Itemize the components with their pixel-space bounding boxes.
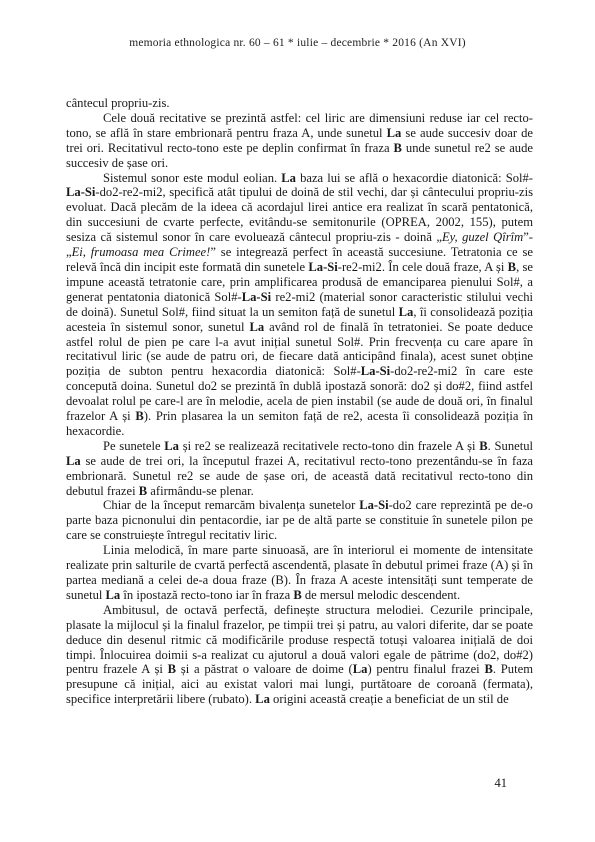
text-segment: La-Si — [242, 290, 271, 304]
document-page: memoria ethnologica nr. 60 – 61 * iulie … — [0, 0, 595, 842]
text-segment: La — [164, 439, 179, 453]
text-segment: La — [106, 588, 121, 602]
text-segment: . Sunetul — [488, 439, 533, 453]
text-segment: Ey, guzel Qîrîm — [442, 230, 523, 244]
text-segment: Pe sunetele — [103, 439, 164, 453]
text-segment: La-Si — [66, 185, 95, 199]
text-segment: B — [479, 439, 487, 453]
text-segment: Chiar de la început remarcăm bivalența s… — [103, 498, 359, 512]
text-segment: La — [255, 692, 270, 706]
text-segment: La — [281, 171, 296, 185]
text-segment: ) pentru finalul frazei — [367, 662, 484, 676]
text-segment: La — [387, 126, 402, 140]
text-segment: și a păstrat o valoare de doime ( — [176, 662, 353, 676]
text-segment: B — [135, 409, 143, 423]
body-text: cântecul propriu-zis.Cele două recitativ… — [66, 96, 533, 707]
text-segment: La — [249, 320, 264, 334]
text-segment: afirmându-se plenar. — [147, 484, 254, 498]
paragraph: Ambitusul, de octavă perfectă, definește… — [66, 603, 533, 707]
text-segment: baza lui se află o hexacordie diatonică:… — [296, 171, 533, 185]
page-number: 41 — [0, 776, 507, 791]
paragraph: cântecul propriu-zis. — [66, 96, 533, 111]
text-segment: în ipostază recto-tono iar în fraza — [120, 588, 293, 602]
text-segment: La-Si — [361, 364, 390, 378]
paragraph: Cele două recitative se prezintă astfel:… — [66, 111, 533, 171]
text-segment: B — [394, 141, 402, 155]
paragraph: Linia melodică, în mare parte sinuoasă, … — [66, 543, 533, 603]
text-segment: La-Si — [308, 260, 337, 274]
journal-header-line: memoria ethnologica nr. 60 – 61 * iulie … — [0, 37, 595, 49]
text-segment: cântecul propriu-zis. — [66, 96, 170, 110]
text-segment: -re2-mi2. În cele două fraze, A și — [338, 260, 508, 274]
text-segment: La — [66, 454, 81, 468]
text-segment: B — [168, 662, 176, 676]
text-segment: B — [508, 260, 516, 274]
paragraph: Sistemul sonor este modul eolian. La baz… — [66, 171, 533, 439]
text-segment: de mersul melodic descendent. — [302, 588, 460, 602]
text-segment: La — [399, 305, 414, 319]
text-segment: și re2 se realizează recitativele recto-… — [179, 439, 479, 453]
paragraph: Chiar de la început remarcăm bivalența s… — [66, 498, 533, 543]
text-segment: B — [484, 662, 492, 676]
text-segment: La-Si — [359, 498, 388, 512]
paragraph: Pe sunetele La și re2 se realizează reci… — [66, 439, 533, 499]
text-segment: Sistemul sonor este modul eolian. — [103, 171, 281, 185]
text-segment: se aude de trei ori, la începutul frazei… — [66, 454, 533, 498]
text-segment: Ei, frumoasa mea Crimee! — [72, 245, 211, 259]
text-segment: B — [139, 484, 147, 498]
text-segment: B — [293, 588, 301, 602]
text-segment: La — [353, 662, 368, 676]
text-segment: origini această creație a beneficiat de … — [270, 692, 509, 706]
